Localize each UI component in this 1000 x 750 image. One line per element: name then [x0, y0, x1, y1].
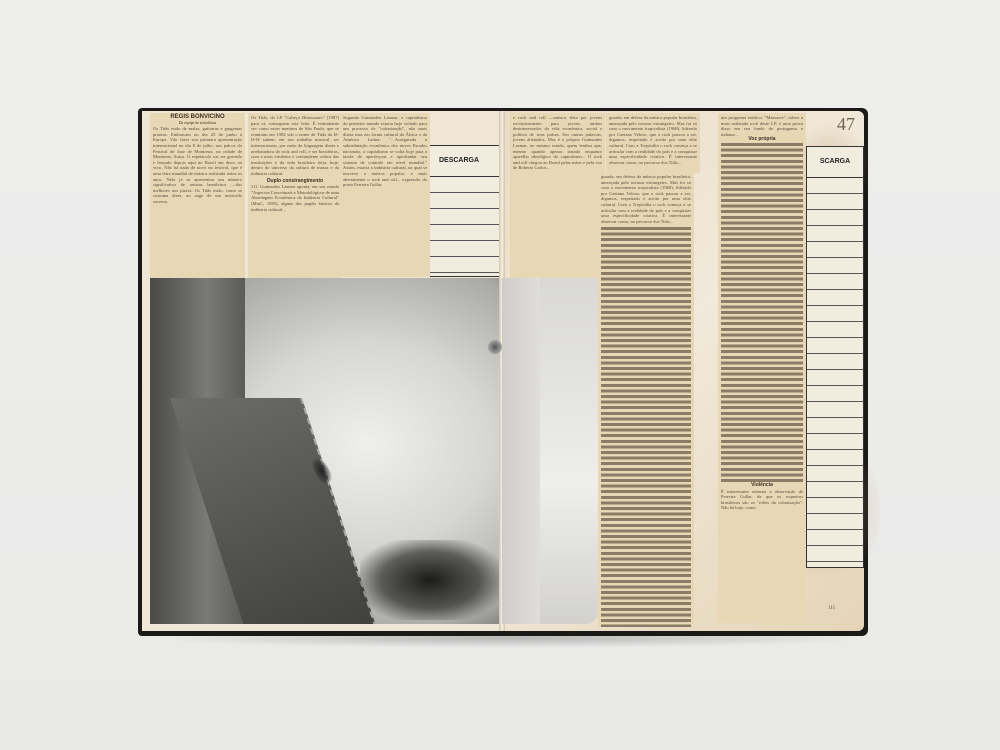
ledger-header: DESCARGA — [419, 146, 499, 177]
news-clipping-6: um programa estético. "Massacre", talvez… — [718, 113, 806, 623]
clipping-text: Segundo Guimarães Lasmar, o capitalismo … — [343, 115, 427, 188]
ledger-grid-right: SCARGA — [806, 146, 864, 568]
belly-shadow — [360, 540, 500, 620]
clipping-text: guarda, em defesa da música popular bras… — [609, 115, 697, 165]
news-clipping-5-cont: guarda, em defesa da música popular bras… — [598, 172, 694, 627]
torso-photograph-fragment — [540, 278, 598, 624]
ledger-header: SCARGA — [807, 147, 863, 178]
news-clipping-2: Os Titãs, do LP "Cabeça Dinossauro" (198… — [248, 113, 342, 278]
torso-photograph-right — [502, 278, 542, 624]
clipping-text: É interessante retomar a observação de F… — [721, 489, 803, 511]
clipping-text-lines — [601, 227, 691, 627]
news-clipping-5: guarda, em defesa da música popular bras… — [606, 113, 700, 173]
clipping-text: um programa estético. "Massacre", talvez… — [721, 115, 803, 137]
ledger-grid-left: DESCARGA — [418, 145, 500, 277]
news-clipping-3: Segundo Guimarães Lasmar, o capitalismo … — [340, 113, 430, 277]
clipping-text: guarda, em defesa da música popular bras… — [601, 174, 691, 224]
clipping-text: J.O. Guimarães Lasmar aponta, em seu est… — [251, 184, 339, 212]
ledger-rows — [807, 178, 863, 568]
clipping-text: Os Titãs, do LP "Cabeça Dinossauro" (198… — [251, 115, 339, 177]
clipping-text: Os Titãs estão de malas, guitarras e gar… — [153, 126, 242, 204]
clipping-text-lines — [721, 143, 803, 483]
news-clipping-4: e rock and roll —música feita por jovens… — [510, 113, 605, 278]
page-number: 47 — [837, 114, 855, 135]
clipping-text: e rock and roll —música feita por jovens… — [513, 115, 602, 171]
ledger-rows — [419, 177, 499, 277]
folio-number: 111 — [828, 606, 835, 611]
news-clipping-1: RÉGIS BONVICINO Da equipe de articulista… — [150, 113, 245, 278]
nipple — [488, 340, 502, 354]
